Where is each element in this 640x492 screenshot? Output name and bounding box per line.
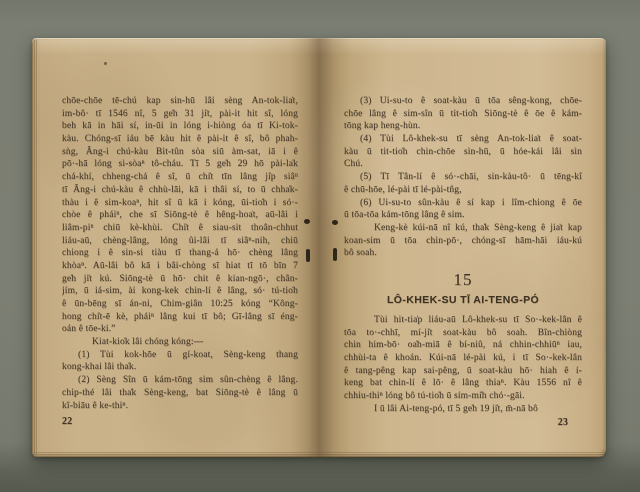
text-line: jím, ū iá-sim, ài kong-kek chin-lí ê lân… — [62, 285, 298, 298]
text-line: Tùi hit-tia̍p liáu-aū Lô-khek-su tī So·-… — [344, 314, 582, 327]
text-line: ê tang-pêng kap sai-pêng, ū soat-kàu hō·… — [344, 365, 582, 378]
page-right-lines-top: (3) Ui-su-to ê soat-kàu ū tōa sêng-kong,… — [344, 95, 582, 260]
text-line: Keng-kè kúi-nā nî kú, tha̍k Sèng-keng ê … — [344, 222, 582, 235]
page-number-left: 22 — [62, 416, 298, 427]
book-gutter — [289, 38, 351, 457]
page-number-right: 23 — [344, 417, 582, 428]
text-line: khòaⁿ. Aū-lâi bô kā i bâi-chòng sī hiat … — [62, 260, 298, 273]
paragraph-gap — [344, 307, 582, 314]
text-line: im-bô· tī 1546 nî, 5 ge̍h 31 ji̍t, pài-i… — [62, 108, 298, 121]
text-line: Kiat-kio̍k lâi chóng kóng:— — [62, 336, 298, 349]
text-line: kàu ū tit-tio̍h chin-chōe sìn-hū, ū hóe-… — [344, 146, 582, 159]
page-right-text: (3) Ui-su-to ê soat-kàu ū tōa sêng-kong,… — [344, 95, 582, 428]
text-line: liâm-piⁿ chiū kè-khùi. Chi̍t ê siau-sit … — [62, 222, 298, 235]
text-line: chhiu-thiⁿ lóng bô tú-tio̍h ū sím-mi̍h c… — [344, 390, 582, 403]
text-line: I ū lâi Ai-teng-pó, tī 5 ge̍h 19 ji̍t, m… — [344, 403, 582, 416]
page-left-lines: chōe-chōe tē-chú kap sin-hū lâi sèng An-… — [62, 95, 298, 412]
page-left-text: chōe-chōe tē-chú kap sin-hū lâi sèng An-… — [62, 95, 298, 427]
text-line: (1) Tùi kok-hōe ū gí-koat, Sèng-keng tha… — [62, 349, 298, 362]
text-line: tī Âng-i chú-kàu ê chhù-lāi, kā i thâi s… — [62, 184, 298, 197]
text-line: chiong i ê sin-si tiàu tī thang-á hō· ch… — [62, 247, 298, 260]
text-line: kàu. Chóng-sī iáu bē kàu hit ê pài-it ê … — [62, 133, 298, 146]
chapter-number: 15 — [344, 269, 582, 291]
text-line: oán ê tōe-ki.” — [62, 323, 298, 336]
desk-background: chōe-chōe tē-chú kap sin-hū lâi sèng An-… — [0, 0, 640, 492]
chapter-title: LÔ-KHEK-SU TĪ AI-TENG-PÓ — [344, 294, 582, 307]
text-line: Chú. — [344, 158, 582, 171]
text-line: chin him-bō· oa̍h-miā ê bí-niû, ná chhin… — [344, 339, 582, 352]
text-line: keng bat chin-lí ê lō· ê lâng thiaⁿ. Kàu… — [344, 377, 582, 390]
text-line: tōa to·-chhī, mí-ji̍t soat-kàu bô soah. … — [344, 327, 582, 340]
text-line: hong chi̍t-ē kè, pháiⁿ lâng kui tī bô; G… — [62, 311, 298, 324]
text-line: koan-sim ū tōa chìn-pō·, chóng-sī hām-hā… — [344, 235, 582, 248]
text-line: thàu i ê sim-koaⁿ, hit sî ū kā i kóng, ū… — [62, 197, 298, 210]
page-stack-edge-bottom — [34, 452, 604, 457]
text-line: kî-biāu ê ke-thiⁿ. — [62, 400, 298, 413]
text-line: chōe lâng ê sim-sîn ū tit-tio̍h Siōng-tè… — [344, 108, 582, 121]
text-line: ê ūn-bēng sī án-ni, Chim-giân 10:25 kóng… — [62, 298, 298, 311]
text-line: (4) Tùi Lô-khek-su tī sèng An-tok-lia̍t … — [344, 133, 582, 146]
text-line: chòe ê pháiⁿ, che sī Siōng-tè ê hêng-hoa… — [62, 209, 298, 222]
text-line: chip-thé lâi tha̍k Sèng-keng, bat Siōng-… — [62, 387, 298, 400]
text-line: (3) Ui-su-to ê soat-kàu ū tōa sêng-kong,… — [344, 95, 582, 108]
staple-mark-dot-right — [332, 220, 338, 225]
text-line: ū tōa-tōa kám-tōng lâng ê sim. — [344, 209, 582, 222]
text-line: sǹg, Âng-i chú-kàu Bit-tûn sòa siū àm-sa… — [62, 146, 298, 159]
open-book: chōe-chōe tē-chú kap sin-hū lâi sèng An-… — [32, 38, 606, 457]
text-line: chōe-chōe tē-chú kap sin-hū lâi sèng An-… — [62, 95, 298, 108]
text-line: ê chū-hōe, lé-pài tī lé-pài-tn̂g, — [344, 184, 582, 197]
text-line: (6) Ui-su-to sûn-kàu ê sí kap i lîm-chio… — [344, 197, 582, 210]
page-stack-edge-left — [32, 40, 38, 455]
text-line: bô soah. — [344, 247, 582, 260]
staple-mark-bar-right — [333, 248, 337, 261]
text-line: (5) Tī Tân-lí ê só·-chāi, sin-kàu-tô· ū … — [344, 171, 582, 184]
text-line: pō·-hā lóng sì-sòaⁿ tô-cháu. Tī 5 ge̍h 2… — [62, 158, 298, 171]
text-line: ge̍h ji̍t kú. Siōng-tè ū hō· chit ê kian… — [62, 273, 298, 286]
staple-mark-dot-left — [304, 219, 310, 224]
staple-mark-bar-left — [306, 249, 310, 262]
text-line: chá-khí, chheng-chá ê sî, ū chi̍t tīn lâ… — [62, 171, 298, 184]
text-line: liáu-aū, chèng-lâng, lóng ûi-lâi tī siâⁿ… — [62, 235, 298, 248]
paper-speck — [104, 62, 107, 65]
page-right-lines-bottom: Tùi hit-tia̍p liáu-aū Lô-khek-su tī So·-… — [344, 314, 582, 416]
text-line: (2) Sèng Sîn ū kám-tōng sim sûn-chèng ê … — [62, 374, 298, 387]
text-line: kong-khai lâi tha̍k. — [62, 361, 298, 374]
text-line: beh kā in hāi sí, in-ūi in lóng i-hiòng … — [62, 120, 298, 133]
text-line: tōng kap heng-hùn. — [344, 120, 582, 133]
text-line: chhùi-ta ê khoán. Kúi-nā lé-pài kú, i tī… — [344, 352, 582, 365]
